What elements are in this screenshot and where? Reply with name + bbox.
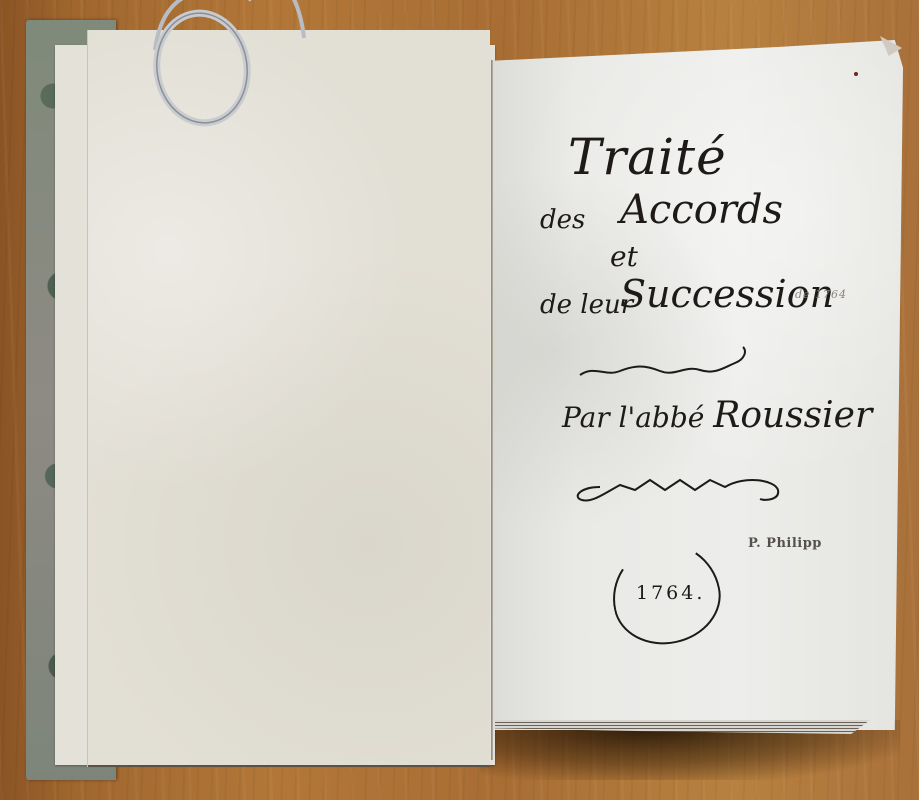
lower-flourish-icon bbox=[570, 465, 785, 510]
blank-flyleaf-page bbox=[88, 30, 490, 767]
author-prefix: Par l'abbé bbox=[562, 401, 704, 434]
title-line-3: et bbox=[610, 240, 638, 273]
silver-bookmark-icon bbox=[140, 0, 320, 140]
author-name: Roussier bbox=[713, 395, 872, 436]
title-line-2-prefix: des bbox=[540, 205, 585, 235]
publication-year: 1764. bbox=[636, 582, 705, 604]
ownership-stamp: P. Philipp bbox=[748, 536, 822, 551]
author-line: Par l'abbé Roussier bbox=[562, 395, 872, 436]
upper-flourish-icon bbox=[575, 345, 755, 385]
title-line-2-main: Accords bbox=[620, 187, 783, 233]
ink-bleed-through: de 1764 bbox=[795, 288, 847, 301]
ink-spot bbox=[854, 72, 858, 76]
book-gutter bbox=[491, 60, 493, 760]
manuscript-title: Traité bbox=[568, 128, 727, 186]
